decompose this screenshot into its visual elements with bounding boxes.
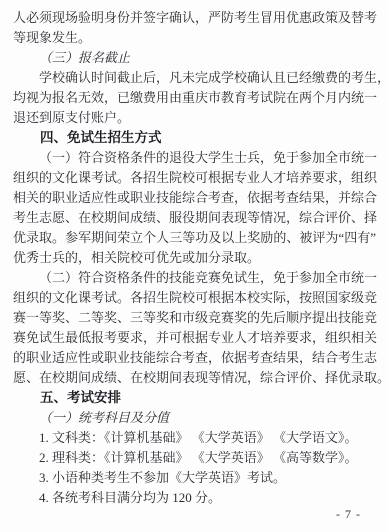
text-line: 考生志愿、在校期间成绩、服役期间表现等情况，综合评价、择 xyxy=(13,208,376,228)
document-page: 人必须现场验明身份并签字确认，严防考生冒用优惠政策及替考等现象发生。（三）报名截… xyxy=(0,0,389,532)
text-line: 均视为报名无效，已缴费用由重庆市教育考试院在两个月内统一 xyxy=(13,88,376,108)
text-line: 等现象发生。 xyxy=(13,28,376,48)
text-line: 1. 文科类：《计算机基础》 《大学英语》 《大学语文》。 xyxy=(13,428,376,448)
text-line: 学校确认时间截止后，凡未完成学校确认且已经缴费的考生， xyxy=(13,68,376,88)
text-line: 的职业适应性或职业技能综合考查，依据考查结果，结合考生志 xyxy=(13,348,376,368)
text-line: 3. 小语种类考生不参加《大学英语》考试。 xyxy=(13,468,376,488)
text-line: 优秀士兵的，相关院校可优先或加分录取。 xyxy=(13,248,376,268)
text-line: 优录取。参军期间荣立个人三等功及以上奖励的、被评为“四有” xyxy=(13,228,376,248)
text-line: （二）符合资格条件的技能竞赛免试生，免于参加全市统一 xyxy=(13,268,376,288)
text-line: 愿、在校期间成绩、在校期间表现等情况，综合评价、择优录取。 xyxy=(13,368,376,388)
text-line: 退还到原支付账户。 xyxy=(13,108,376,128)
text-line: 相关的职业适应性或职业技能综合考查，依据考查结果，并综合 xyxy=(13,188,376,208)
text-line: 人必须现场验明身份并签字确认，严防考生冒用优惠政策及替考 xyxy=(13,8,376,28)
text-line: （一）统考科目及分值 xyxy=(13,408,376,428)
page-number: - 7 - xyxy=(336,507,361,521)
text-line: 赛免试生最低报考要求，并可根据专业人才培养要求，组织相关 xyxy=(13,328,376,348)
document-text-block: 人必须现场验明身份并签字确认，严防考生冒用优惠政策及替考等现象发生。（三）报名截… xyxy=(13,8,376,508)
text-line: 组织的文化课考试。各招生院校可根据本校实际，按照国家级竞 xyxy=(13,288,376,308)
text-line: 赛一等奖、二等奖、三等奖和市级竞赛奖的先后顺序提出技能竞 xyxy=(13,308,376,328)
text-line: 组织的文化课考试。各招生院校可根据专业人才培养要求，组织 xyxy=(13,168,376,188)
text-line: 四、免试生招生方式 xyxy=(13,128,376,148)
text-line: （三）报名截止 xyxy=(13,48,376,68)
text-line: （一）符合资格条件的退役大学生士兵，免于参加全市统一 xyxy=(13,148,376,168)
text-line: 五、考试安排 xyxy=(13,388,376,408)
text-line: 4. 各统考科目满分均为 120 分。 xyxy=(13,488,376,508)
text-line: 2. 理科类：《计算机基础》 《大学英语》 《高等数学》。 xyxy=(13,448,376,468)
